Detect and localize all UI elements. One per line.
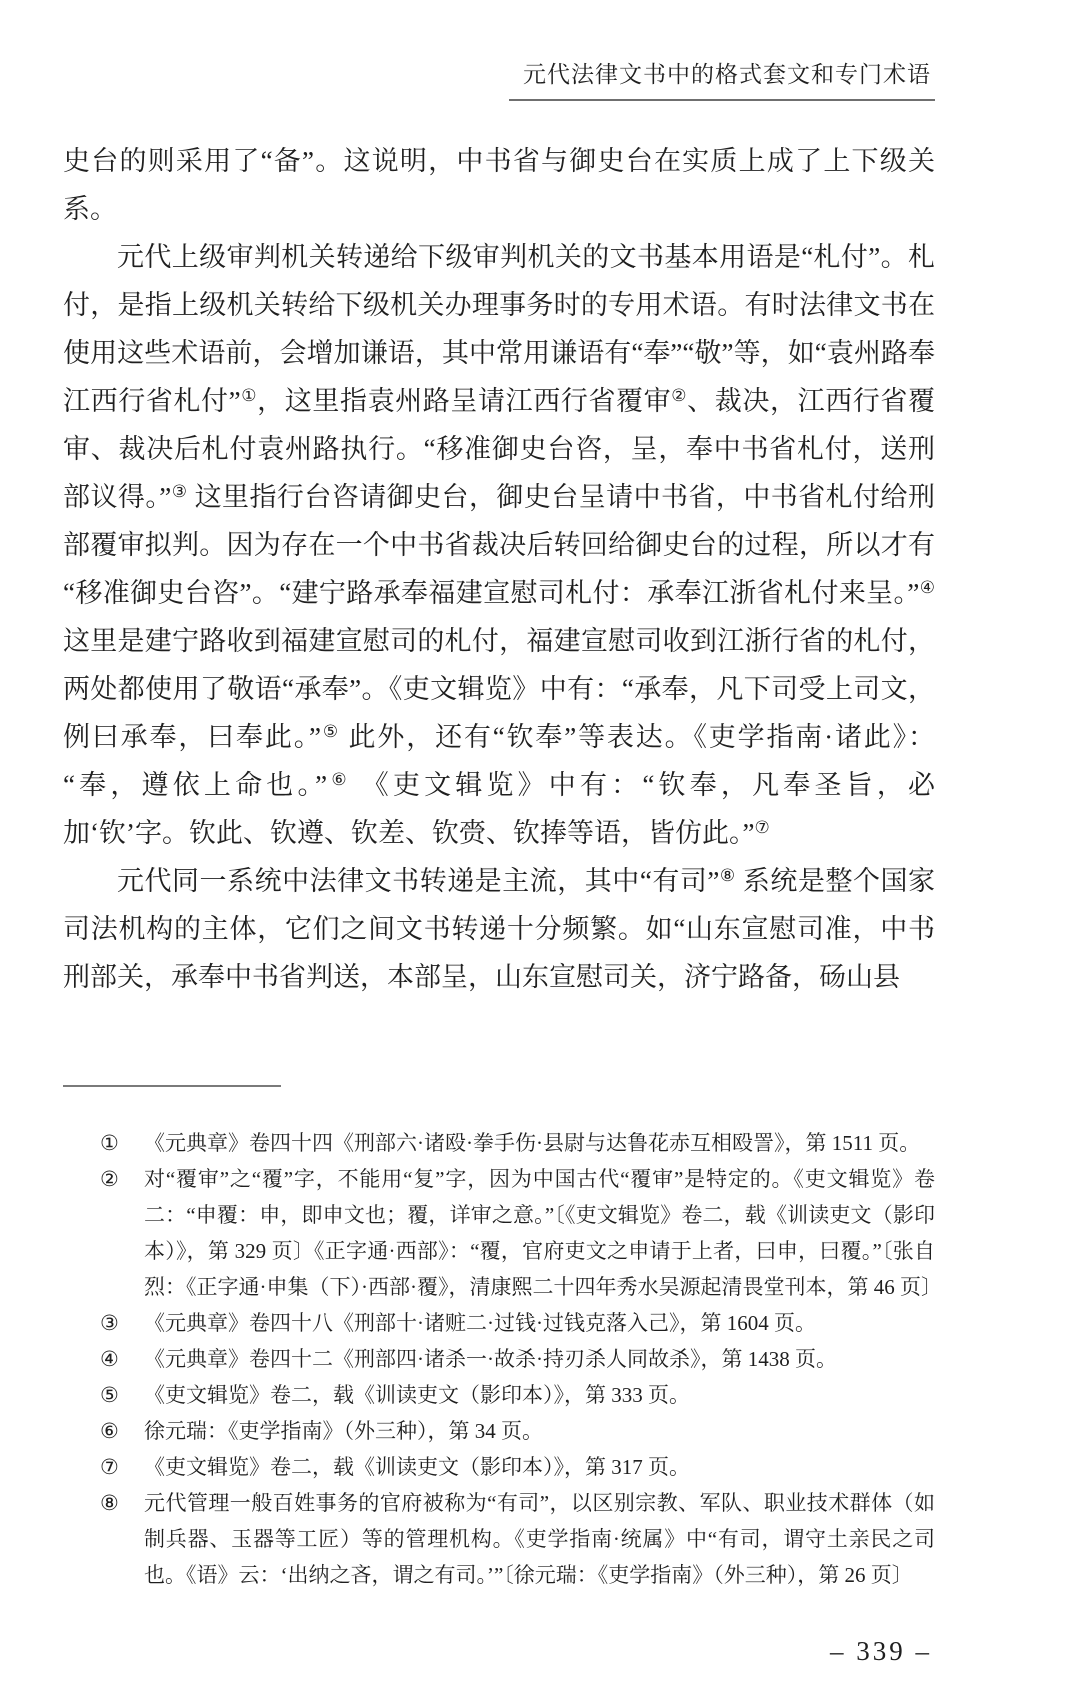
footnote-ref: ⑤ <box>321 722 340 741</box>
footnote-marker: ③ <box>100 1305 144 1341</box>
footnote-marker: ⑥ <box>100 1413 144 1449</box>
footnote-marker: ① <box>100 1125 144 1161</box>
footnote-text: 徐元瑞：《吏学指南》（外三种），第 34 页。 <box>144 1413 935 1449</box>
footnote-marker: ⑤ <box>100 1377 144 1413</box>
page-header: 元代法律文书中的格式套文和专门术语 <box>0 0 1080 101</box>
footnote-text: 《元典章》卷四十二《刑部四·诸杀一·故杀·持刃杀人同故杀》，第 1438 页。 <box>144 1341 935 1377</box>
footnote-text: 《吏文辑览》卷二，载《训读吏文（影印本）》，第 317 页。 <box>144 1449 935 1485</box>
footnotes-section: ①《元典章》卷四十四《刑部六·诸殴·拳手伤·县尉与达鲁花赤互相殴詈》，第 151… <box>100 1125 935 1593</box>
footnote-item: ①《元典章》卷四十四《刑部六·诸殴·拳手伤·县尉与达鲁花赤互相殴詈》，第 151… <box>100 1125 935 1161</box>
footnote-ref: ⑥ <box>327 770 351 789</box>
footnote-text: 《元典章》卷四十四《刑部六·诸殴·拳手伤·县尉与达鲁花赤互相殴詈》，第 1511… <box>144 1125 935 1161</box>
footnote-item: ⑤《吏文辑览》卷二，载《训读吏文（影印本）》，第 333 页。 <box>100 1377 935 1413</box>
footnote-text: 《吏文辑览》卷二，载《训读吏文（影印本）》，第 333 页。 <box>144 1377 935 1413</box>
main-text: 史台的则采用了“备”。这说明，中书省与御史台在实质上成了上下级关系。元代上级审判… <box>63 137 935 1001</box>
footnote-item: ②对“覆审”之“覆”字，不能用“复”字，因为中国古代“覆审”是特定的。《吏文辑览… <box>100 1161 935 1305</box>
footnote-ref: ① <box>241 386 257 405</box>
footnote-ref: ⑧ <box>719 866 735 885</box>
paragraph: 史台的则采用了“备”。这说明，中书省与御史台在实质上成了上下级关系。 <box>63 137 935 233</box>
footnote-item: ⑧元代管理一般百姓事务的官府被称为“有司”，以区别宗教、军队、职业技术群体（如制… <box>100 1485 935 1593</box>
footnote-ref: ④ <box>919 578 935 597</box>
footnote-text: 对“覆审”之“覆”字，不能用“复”字，因为中国古代“覆审”是特定的。《吏文辑览》… <box>144 1161 935 1305</box>
footnote-marker: ⑧ <box>100 1485 144 1593</box>
footnote-item: ⑥徐元瑞：《吏学指南》（外三种），第 34 页。 <box>100 1413 935 1449</box>
footnote-marker: ② <box>100 1161 144 1305</box>
page-number: – 339 – <box>830 1636 932 1666</box>
footnote-item: ⑦《吏文辑览》卷二，载《训读吏文（影印本）》，第 317 页。 <box>100 1449 935 1485</box>
running-head-title: 元代法律文书中的格式套文和专门术语 <box>509 56 935 101</box>
page-footer: – 339 – <box>830 1636 932 1667</box>
footnote-marker: ④ <box>100 1341 144 1377</box>
footnote-ref: ⑦ <box>754 818 769 837</box>
book-page: 元代法律文书中的格式套文和专门术语 史台的则采用了“备”。这说明，中书省与御史台… <box>0 0 1080 1695</box>
paragraph: 元代上级审判机关转递给下级审判机关的文书基本用语是“札付”。札付，是指上级机关转… <box>63 233 935 857</box>
footnote-ref: ③ <box>171 482 187 501</box>
footnote-item: ③《元典章》卷四十八《刑部十·诸赃二·过钱·过钱克落入己》，第 1604 页。 <box>100 1305 935 1341</box>
footnote-text: 《元典章》卷四十八《刑部十·诸赃二·过钱·过钱克落入己》，第 1604 页。 <box>144 1305 935 1341</box>
footnote-item: ④《元典章》卷四十二《刑部四·诸杀一·故杀·持刃杀人同故杀》，第 1438 页。 <box>100 1341 935 1377</box>
footnote-text: 元代管理一般百姓事务的官府被称为“有司”，以区别宗教、军队、职业技术群体（如制兵… <box>144 1485 935 1593</box>
footnote-separator <box>63 1085 281 1087</box>
footnote-ref: ② <box>671 386 687 405</box>
paragraph: 元代同一系统中法律文书转递是主流，其中“有司”⑧ 系统是整个国家司法机构的主体，… <box>63 857 935 1001</box>
footnote-marker: ⑦ <box>100 1449 144 1485</box>
